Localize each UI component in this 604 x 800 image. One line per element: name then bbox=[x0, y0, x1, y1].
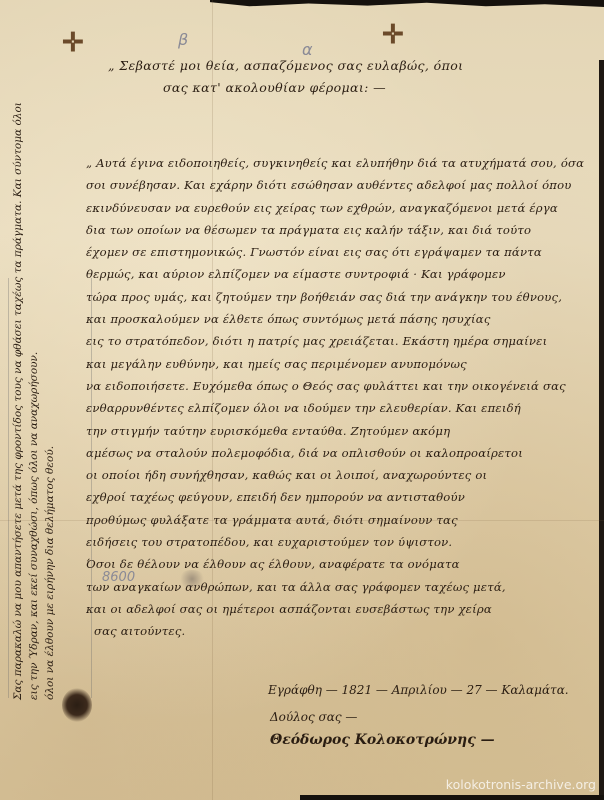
body-line: τώρα προς υμάς, και ζητούμεν την βοήθειά… bbox=[86, 286, 586, 308]
manuscript-page: ✛ ✛ β α 8600 „ Σεβαστέ μοι θεία, ασπαζόμ… bbox=[0, 0, 604, 800]
body-line: Όσοι δε θέλουν να έλθουν ας έλθουν, αναφ… bbox=[86, 553, 586, 575]
letter-heading: „ Σεβαστέ μοι θεία, ασπαζόμενος σας ευλα… bbox=[108, 55, 568, 99]
smudge bbox=[178, 570, 206, 588]
pencil-mark-b: β bbox=[178, 30, 188, 49]
cross-mark-right-icon: ✛ bbox=[382, 22, 404, 48]
body-line: προθύμως φυλάξατε τα γράμματα αυτά, διότ… bbox=[86, 509, 586, 531]
ink-stain bbox=[62, 688, 92, 722]
body-line: „ Αυτά έγινα ειδοποιηθείς, συγκινηθείς κ… bbox=[86, 152, 586, 174]
letter-body: „ Αυτά έγινα ειδοποιηθείς, συγκινηθείς κ… bbox=[86, 152, 586, 643]
torn-right-edge bbox=[599, 60, 604, 800]
body-line: και μεγάλην ευθύνην, και ημείς σας περιμ… bbox=[86, 353, 586, 375]
heading-line: σας κατ' ακολουθίαν φέρομαι: — bbox=[108, 77, 568, 99]
body-line: να ειδοποιήσετε. Ευχόμεθα όπως ο Θεός σα… bbox=[86, 375, 586, 397]
margin-note: Σας παρακαλώ να μου απαντήσετε μετά της … bbox=[10, 280, 58, 700]
margin-note-line: Σας παρακαλώ να μου απαντήσετε μετά της … bbox=[10, 280, 26, 700]
margin-note-line: όλοι να έλθουν με ειρήνην δια θελήματος … bbox=[42, 280, 58, 700]
torn-bottom-edge bbox=[300, 795, 604, 800]
body-line: εκινδύνευσαν να ευρεθούν εις χείρας των … bbox=[86, 197, 586, 219]
body-line: την στιγμήν ταύτην ευρισκόμεθα ενταύθα. … bbox=[86, 420, 586, 442]
body-line: οι οποίοι ήδη συνήχθησαν, καθώς και οι λ… bbox=[86, 464, 586, 486]
body-line: και οι αδελφοί σας οι ημέτεροι ασπάζοντα… bbox=[86, 598, 586, 620]
date-line: Εγράφθη — 1821 — Απριλίου — 27 — Καλαμάτ… bbox=[268, 683, 569, 697]
body-line: των αναγκαίων ανθρώπων, και τα άλλα σας … bbox=[86, 576, 586, 598]
body-line: έχομεν σε επιστημονικώς. Γνωστόν είναι ε… bbox=[86, 241, 586, 263]
body-line: δια των οποίων να θέσωμεν τα πράγματα ει… bbox=[86, 219, 586, 241]
body-line: ενθαρρυνθέντες ελπίζομεν όλοι να ιδούμεν… bbox=[86, 397, 586, 419]
body-line: σοι συνέβησαν. Και εχάρην διότι εσώθησαν… bbox=[86, 174, 586, 196]
body-line: ειδήσεις του στρατοπέδου, και ευχαριστού… bbox=[86, 531, 586, 553]
body-line: εχθροί ταχέως φεύγουν, επειδή δεν ημπορο… bbox=[86, 486, 586, 508]
closing-salutation: Δούλος σας — bbox=[270, 710, 357, 724]
body-line: εις το στρατόπεδον, διότι η πατρίς μας χ… bbox=[86, 330, 586, 352]
cross-mark-left-icon: ✛ bbox=[62, 30, 84, 56]
body-line: σας αιτούντες. bbox=[86, 620, 586, 642]
body-line: και προσκαλούμεν να έλθετε όπως συντόμως… bbox=[86, 308, 586, 330]
margin-note-line: εις την Ύδραν, και εκεί συναχθώσι, όπως … bbox=[26, 280, 42, 700]
body-line: αμέσως να σταλούν πολεμοφόδια, διά να οπ… bbox=[86, 442, 586, 464]
heading-line: „ Σεβαστέ μοι θεία, ασπαζόμενος σας ευλα… bbox=[108, 55, 568, 77]
torn-top-edge bbox=[210, 0, 604, 7]
signature: Θεόδωρος Κολοκοτρώνης — bbox=[270, 732, 495, 748]
body-line: θερμώς, και αύριον ελπίζομεν να είμαστε … bbox=[86, 263, 586, 285]
watermark: kolokotronis-archive.org bbox=[446, 777, 596, 792]
